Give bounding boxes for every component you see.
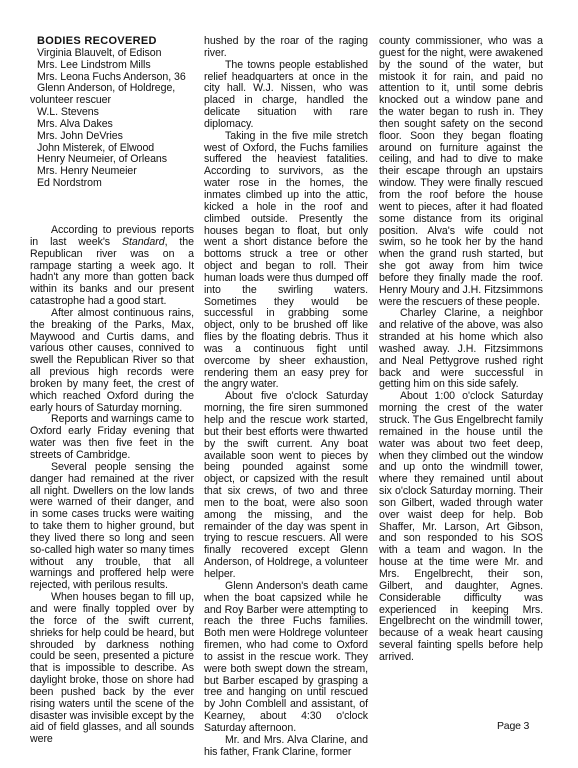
article-paragraph: Several people sensing the danger had re… [30, 462, 194, 592]
article-paragraph: After almost continuous rains, the break… [30, 308, 194, 415]
article-paragraph-continued: hushed by the roar of the raging river. [204, 36, 368, 60]
article-paragraph: Glenn Anderson's death came when the boa… [204, 581, 368, 735]
newsletter-page: BODIES RECOVERED Virginia Blauvelt, of E… [0, 0, 578, 768]
article-paragraph: About five o'clock Saturday morning, the… [204, 391, 368, 581]
article-paragraph: Charley Clarine, a neighbor and relative… [379, 308, 543, 391]
victim-name: Ed Nordstrom [30, 178, 194, 190]
bodies-recovered-box: BODIES RECOVERED Virginia Blauvelt, of E… [30, 36, 194, 190]
article-paragraph: According to previous reports in last we… [30, 225, 194, 308]
victim-name: Mrs. Lee Lindstrom Mills [30, 60, 194, 72]
victim-name: Mrs. Alva Dakes [30, 119, 194, 131]
column-1: BODIES RECOVERED Virginia Blauvelt, of E… [30, 36, 194, 746]
bodies-recovered-list: Virginia Blauvelt, of Edison Mrs. Lee Li… [30, 48, 194, 190]
article-paragraph: Mr. and Mrs. Alva Clarine, and his fathe… [204, 735, 368, 759]
victim-name: Mrs. John DeVries [30, 131, 194, 143]
newspaper-title: Standard [122, 236, 165, 248]
column-3: county commissioner, who was a guest for… [379, 36, 543, 664]
spacer [30, 190, 194, 225]
column-2: hushed by the roar of the raging river. … [204, 36, 368, 758]
article-paragraph: When houses began to fill up, and were f… [30, 592, 194, 746]
article-paragraph: Taking in the five mile stretch west of … [204, 131, 368, 392]
article-paragraph: Reports and warnings came to Oxford earl… [30, 414, 194, 461]
page-number: Page 3 [497, 720, 529, 732]
article-paragraph: The towns people established relief head… [204, 60, 368, 131]
article-paragraph: About 1:00 o'clock Saturday morning the … [379, 391, 543, 663]
article-paragraph-continued: county commissioner, who was a guest for… [379, 36, 543, 308]
victim-name: Virginia Blauvelt, of Edison [30, 48, 194, 60]
